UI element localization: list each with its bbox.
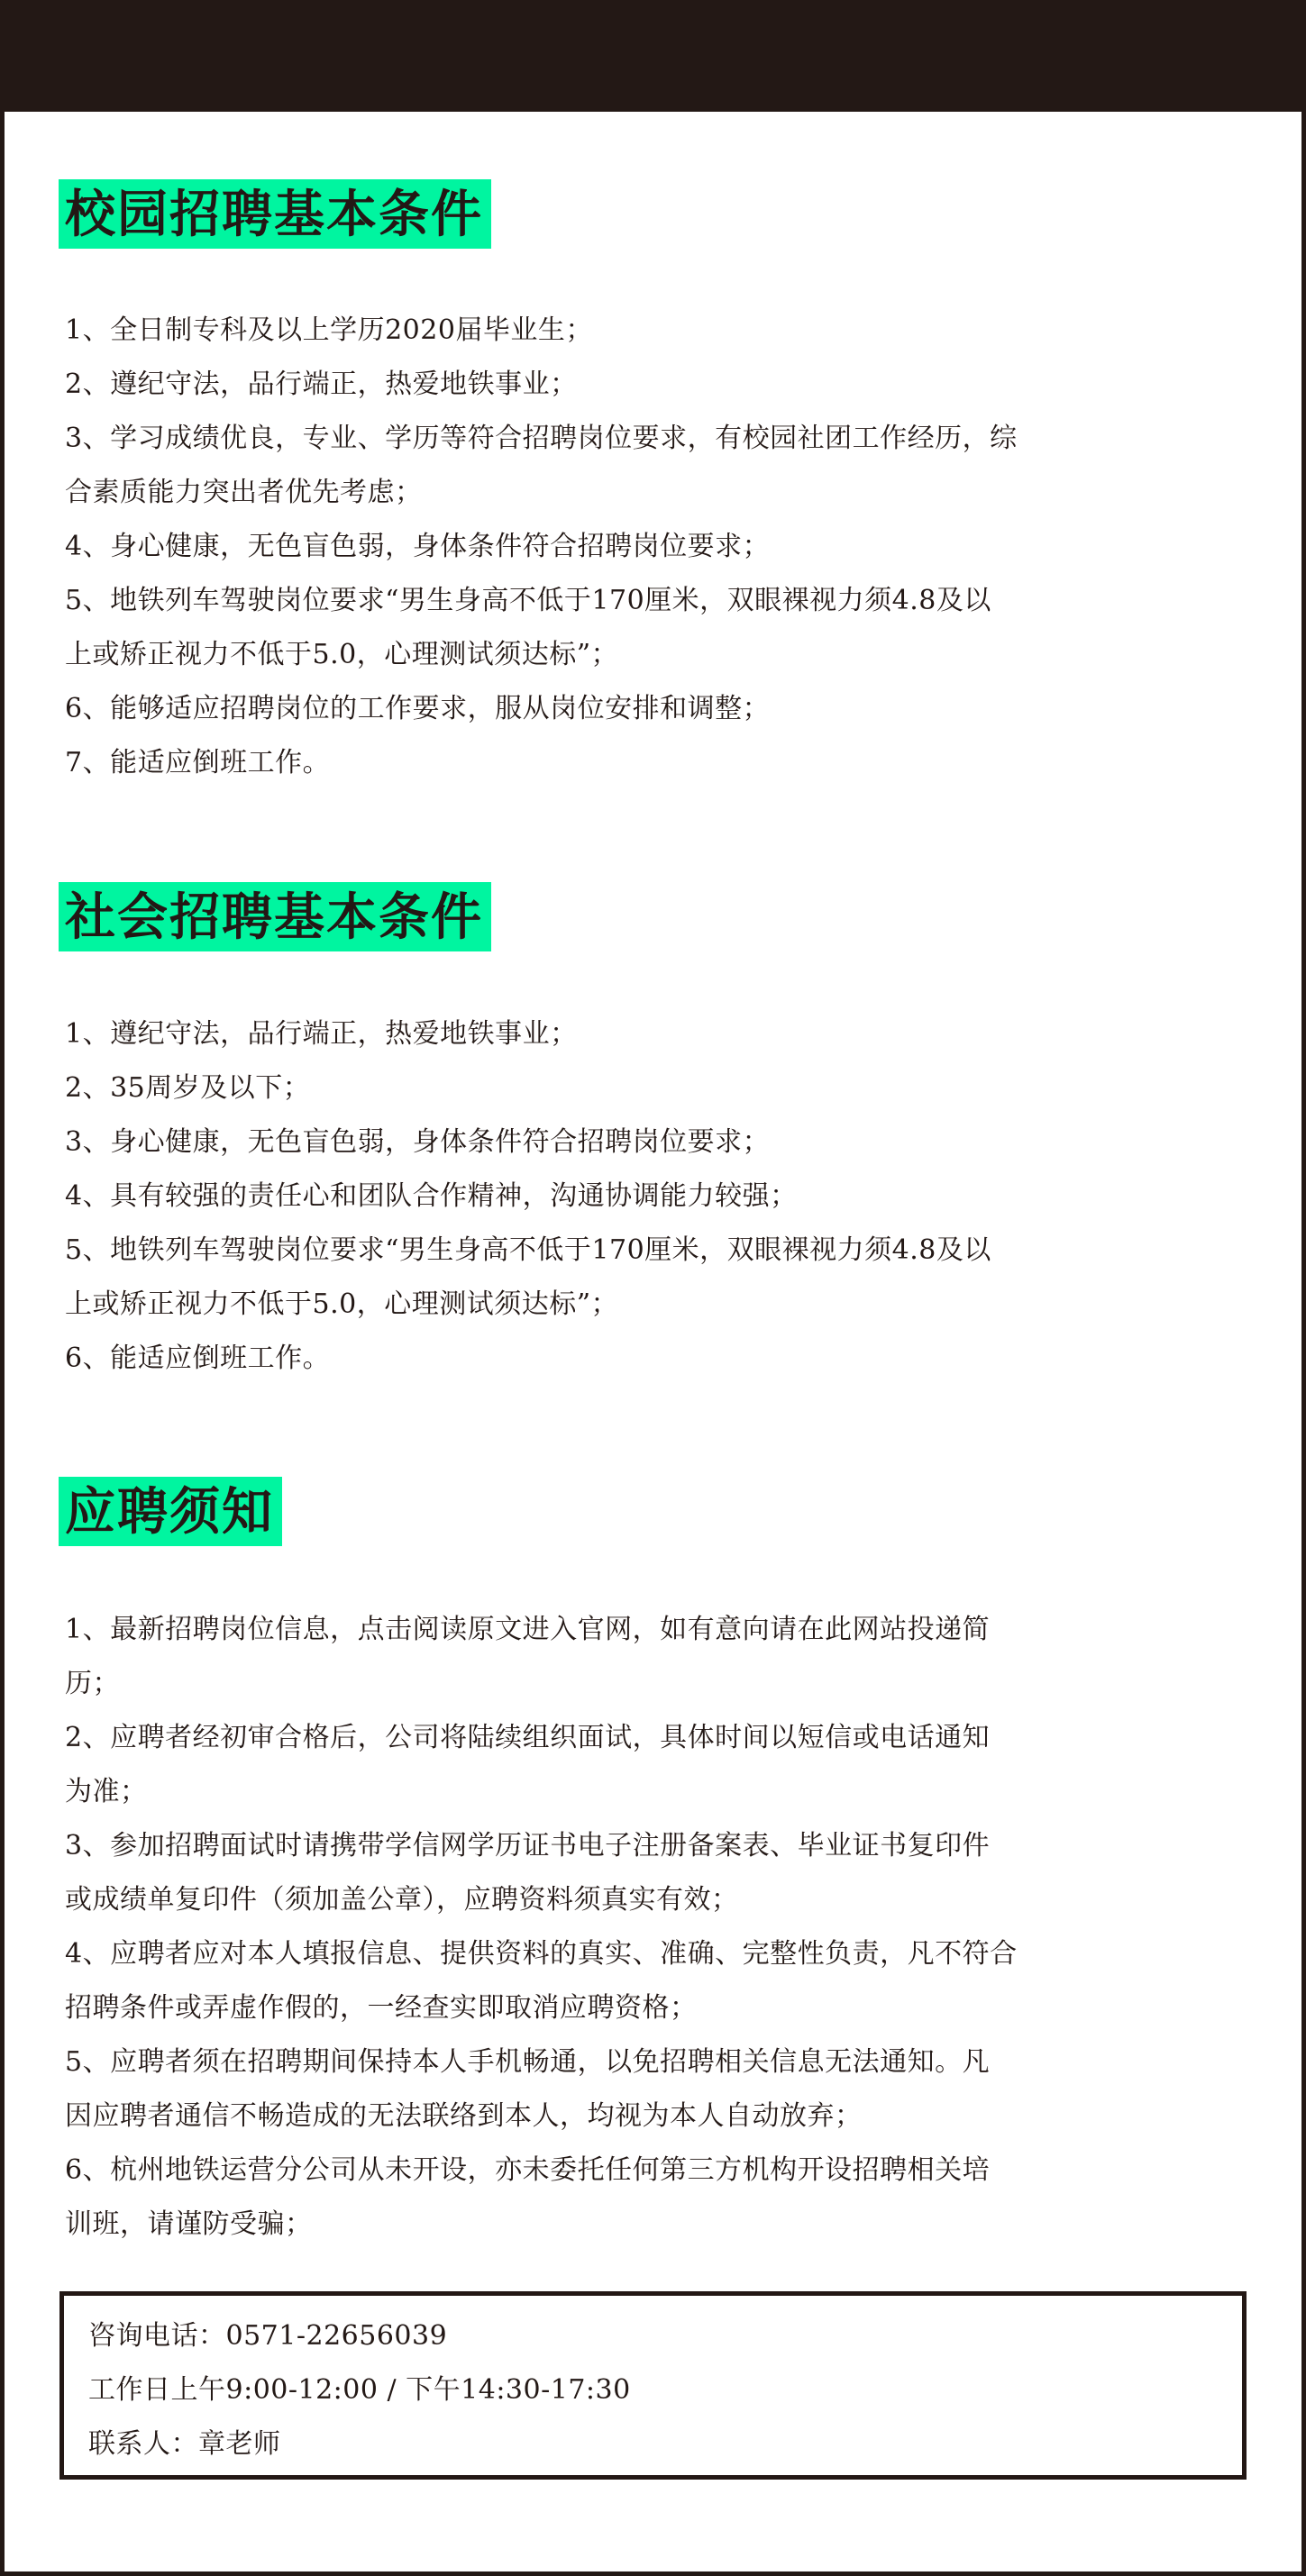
list-item: 1、最新招聘岗位信息，点击阅读原文进入官网，如有意向请在此网站投递简 bbox=[65, 1603, 1237, 1657]
contact-person: 联系人：章老师 bbox=[88, 2417, 631, 2471]
list-item-continued: 训班，请谨防受骗； bbox=[65, 2198, 1237, 2252]
list-item-continued: 为准； bbox=[65, 1765, 1237, 1819]
list-item-continued: 因应聘者通信不畅造成的无法联络到本人，均视为本人自动放弃； bbox=[65, 2089, 1237, 2144]
page: 校园招聘基本条件 1、全日制专科及以上学历2020届毕业生； 2、遵纪守法，品行… bbox=[5, 112, 1301, 2571]
list-item: 3、学习成绩优良，专业、学历等符合招聘岗位要求，有校园社团工作经历，综 bbox=[65, 412, 1237, 466]
list-item: 5、应聘者须在招聘期间保持本人手机畅通，以免招聘相关信息无法通知。凡 bbox=[65, 2035, 1237, 2089]
list-item: 4、应聘者应对本人填报信息、提供资料的真实、准确、完整性负责，凡不符合 bbox=[65, 1927, 1237, 1981]
section-heading-campus: 校园招聘基本条件 bbox=[59, 179, 491, 249]
list-item: 3、身心健康，无色盲色弱，身体条件符合招聘岗位要求； bbox=[65, 1115, 1237, 1170]
application-notice-list: 1、最新招聘岗位信息，点击阅读原文进入官网，如有意向请在此网站投递简 历； 2、… bbox=[65, 1603, 1237, 2252]
list-item: 7、能适应倒班工作。 bbox=[65, 736, 1237, 790]
list-item: 4、具有较强的责任心和团队合作精神，沟通协调能力较强； bbox=[65, 1170, 1237, 1224]
list-item: 5、地铁列车驾驶岗位要求“男生身高不低于170厘米，双眼裸视力须4.8及以 bbox=[65, 574, 1237, 628]
section-heading-social: 社会招聘基本条件 bbox=[59, 882, 491, 951]
list-item: 6、能够适应招聘岗位的工作要求，服从岗位安排和调整； bbox=[65, 682, 1237, 736]
list-item-continued: 上或矫正视力不低于5.0，心理测试须达标”； bbox=[65, 1278, 1237, 1332]
list-item: 2、遵纪守法，品行端正，热爱地铁事业； bbox=[65, 358, 1237, 412]
list-item-continued: 或成绩单复印件（须加盖公章），应聘资料须真实有效； bbox=[65, 1873, 1237, 1927]
list-item: 3、参加招聘面试时请携带学信网学历证书电子注册备案表、毕业证书复印件 bbox=[65, 1819, 1237, 1873]
section-title: 社会招聘基本条件 bbox=[65, 892, 483, 942]
campus-requirements-list: 1、全日制专科及以上学历2020届毕业生； 2、遵纪守法，品行端正，热爱地铁事业… bbox=[65, 304, 1237, 790]
top-dark-band bbox=[0, 0, 1306, 112]
list-item: 1、遵纪守法，品行端正，热爱地铁事业； bbox=[65, 1007, 1237, 1061]
section-heading-notice: 应聘须知 bbox=[59, 1477, 282, 1546]
list-item: 4、身心健康，无色盲色弱，身体条件符合招聘岗位要求； bbox=[65, 520, 1237, 574]
section-title: 应聘须知 bbox=[65, 1487, 274, 1537]
contact-hours: 工作日上午9:00-12:00 / 下午14:30-17:30 bbox=[88, 2363, 631, 2417]
list-item: 5、地铁列车驾驶岗位要求“男生身高不低于170厘米，双眼裸视力须4.8及以 bbox=[65, 1224, 1237, 1278]
social-requirements-list: 1、遵纪守法，品行端正，热爱地铁事业； 2、35周岁及以下； 3、身心健康，无色… bbox=[65, 1007, 1237, 1386]
list-item: 6、杭州地铁运营分公司从未开设，亦未委托任何第三方机构开设招聘相关培 bbox=[65, 2144, 1237, 2198]
list-item-continued: 历； bbox=[65, 1657, 1237, 1711]
contact-phone: 咨询电话：0571-22656039 bbox=[88, 2309, 631, 2363]
section-title: 校园招聘基本条件 bbox=[65, 189, 483, 240]
contact-info-box: 咨询电话：0571-22656039 工作日上午9:00-12:00 / 下午1… bbox=[59, 2291, 1247, 2480]
list-item: 1、全日制专科及以上学历2020届毕业生； bbox=[65, 304, 1237, 358]
list-item: 2、35周岁及以下； bbox=[65, 1061, 1237, 1115]
list-item-continued: 招聘条件或弄虚作假的，一经查实即取消应聘资格； bbox=[65, 1981, 1237, 2035]
list-item: 6、能适应倒班工作。 bbox=[65, 1332, 1237, 1386]
list-item-continued: 上或矫正视力不低于5.0，心理测试须达标”； bbox=[65, 628, 1237, 682]
list-item: 2、应聘者经初审合格后，公司将陆续组织面试，具体时间以短信或电话通知 bbox=[65, 1711, 1237, 1765]
list-item-continued: 合素质能力突出者优先考虑； bbox=[65, 466, 1237, 520]
